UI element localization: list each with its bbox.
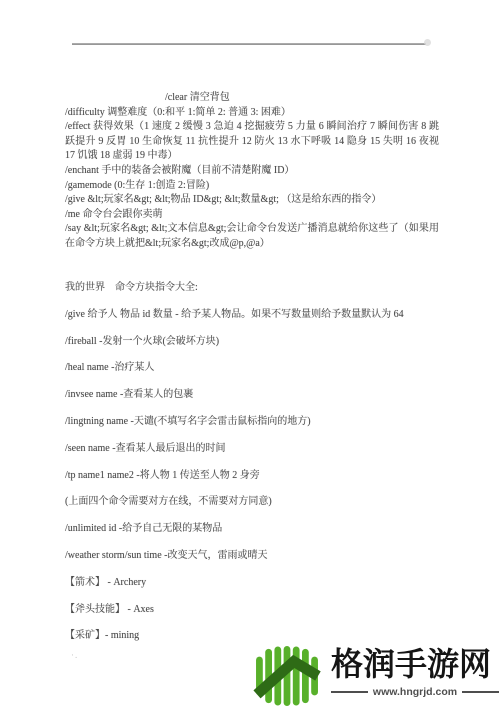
document-line: /clear 清空背包 bbox=[65, 91, 439, 106]
document-line: /seen name -查看某人最后退出的时间 bbox=[65, 442, 485, 455]
url-right-divider bbox=[462, 691, 499, 693]
document-line: /say &lt;玩家名&gt; &lt;文本信息&gt;会让命令台发送广播消息… bbox=[65, 222, 439, 251]
site-watermark-logo: 格润手游网 www.hngrjd.com bbox=[256, 646, 500, 708]
document-line: /heal name -治疗某人 bbox=[65, 361, 485, 374]
watermark-url: www.hngrjd.com bbox=[368, 686, 462, 698]
document-line: /me 命令台会跟你卖萌 bbox=[65, 208, 439, 223]
barcode-house-logo-icon bbox=[256, 646, 318, 706]
document-line: 【斧头技能】 - Axes bbox=[65, 603, 485, 616]
command-list-spaced-block: 我的世界 命令方块指令大全: /give 给予人 物品 id 数量 - 给予某人… bbox=[65, 281, 485, 656]
document-line: /enchant 手中的装备会被附魔（目前不清楚附魔 ID） bbox=[65, 164, 439, 179]
url-left-divider bbox=[331, 691, 368, 693]
document-line: /effect 获得效果（1 速度 2 缓慢 3 急迫 4 挖掘疲劳 5 力量 … bbox=[65, 120, 439, 164]
document-line: /fireball -发射一个火球(会破坏方块) bbox=[65, 335, 485, 348]
faint-punctuation-mark: ·. bbox=[71, 650, 78, 660]
document-line: /give 给予人 物品 id 数量 - 给予某人物品。如果不写数量则给予数量默… bbox=[65, 308, 485, 321]
document-line: /invsee name -查看某人的包裹 bbox=[65, 388, 485, 401]
command-list-compact-block: /clear 清空背包 /difficulty 调整难度（0:和平 1:简单 2… bbox=[65, 91, 439, 252]
document-line: /weather storm/sun time -改变天气，雷雨或晴天 bbox=[65, 549, 485, 562]
document-line: /tp name1 name2 -将人物 1 传送至人物 2 身旁 bbox=[65, 469, 485, 482]
watermark-url-row: www.hngrjd.com bbox=[331, 686, 499, 698]
section-title: 我的世界 命令方块指令大全: bbox=[65, 281, 485, 294]
document-line: /unlimited id -给予自己无限的某物品 bbox=[65, 522, 485, 535]
document-page: /clear 清空背包 /difficulty 调整难度（0:和平 1:简单 2… bbox=[0, 0, 500, 708]
page-top-divider bbox=[72, 43, 426, 45]
document-line: (上面四个命令需要对方在线，不需要对方同意) bbox=[65, 495, 485, 508]
watermark-text-column: 格润手游网 www.hngrjd.com bbox=[331, 646, 499, 698]
divider-endpoint-mark bbox=[424, 39, 431, 46]
document-line: /give &lt;玩家名&gt; &lt;物品 ID&gt; &lt;数量&g… bbox=[65, 193, 439, 208]
document-line: 【采矿】- mining bbox=[65, 629, 485, 642]
document-line: 【箭术】 - Archery bbox=[65, 576, 485, 589]
document-line: /lingtning name -天谴(不填写名字会雷击鼠标指向的地方) bbox=[65, 415, 485, 428]
document-line: /gamemode (0:生存 1:创造 2:冒险) bbox=[65, 179, 439, 194]
document-line: /difficulty 调整难度（0:和平 1:简单 2: 普通 3: 困难） bbox=[65, 106, 439, 121]
watermark-brand-name: 格润手游网 bbox=[331, 646, 499, 683]
